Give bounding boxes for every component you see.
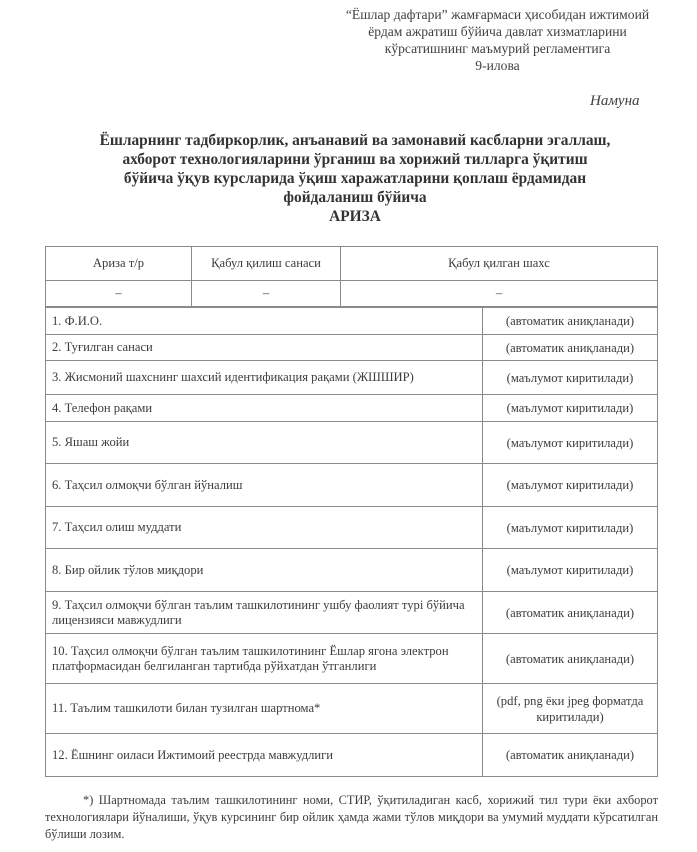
- header-received-by: Қабул қилган шахс: [341, 247, 658, 281]
- field-value[interactable]: (маълумот киритилади): [483, 507, 658, 549]
- table-row: 7. Таҳсил олиш муддати (маълумот киритил…: [46, 507, 658, 549]
- field-value[interactable]: (автоматик аниқланади): [483, 335, 658, 361]
- table-row: 6. Таҳсил олмоқчи бўлган йўналиш (маълум…: [46, 464, 658, 507]
- registration-value-row: – – –: [46, 281, 658, 307]
- field-label: 3. Жисмоний шахснинг шахсий идентификаци…: [46, 361, 483, 395]
- annex-number: 9-илова: [300, 57, 695, 74]
- value-received-by[interactable]: –: [341, 281, 658, 307]
- registration-table: Ариза т/р Қабул қилиш санаси Қабул қилга…: [45, 246, 658, 307]
- field-value[interactable]: (автоматик аниқланади): [483, 634, 658, 684]
- field-value[interactable]: (маълумот киритилади): [483, 549, 658, 592]
- table-row: 4. Телефон рақами (маълумот киритилади): [46, 395, 658, 422]
- field-value[interactable]: (маълумот киритилади): [483, 464, 658, 507]
- field-label: 11. Таълим ташкилоти билан тузилган шарт…: [46, 684, 483, 734]
- annex-line: кўрсатишнинг маъмурий регламентига: [300, 40, 695, 57]
- table-row: 9. Таҳсил олмоқчи бўлган таълим ташкилот…: [46, 592, 658, 634]
- field-value[interactable]: (автоматик аниқланади): [483, 592, 658, 634]
- title-line: Ёшларнинг тадбиркорлик, анъанавий ва зам…: [55, 131, 655, 150]
- field-label: 7. Таҳсил олиш муддати: [46, 507, 483, 549]
- field-label: 12. Ёшнинг оиласи Ижтимоий реестрда мавж…: [46, 734, 483, 777]
- table-row: 11. Таълим ташкилоти билан тузилган шарт…: [46, 684, 658, 734]
- table-row: 1. Ф.И.О. (автоматик аниқланади): [46, 308, 658, 335]
- table-row: 3. Жисмоний шахснинг шахсий идентификаци…: [46, 361, 658, 395]
- field-label: 10. Таҳсил олмоқчи бўлган таълим ташкило…: [46, 634, 483, 684]
- table-row: 2. Туғилган санаси (автоматик аниқланади…: [46, 335, 658, 361]
- field-value[interactable]: (маълумот киритилади): [483, 395, 658, 422]
- header-received-date: Қабул қилиш санаси: [192, 247, 341, 281]
- field-upload[interactable]: (pdf, png ёки jpeg форматда киритилади): [483, 684, 658, 734]
- document-title: Ёшларнинг тадбиркорлик, анъанавий ва зам…: [55, 131, 655, 226]
- field-label: 9. Таҳсил олмоқчи бўлган таълим ташкилот…: [46, 592, 483, 634]
- header-application-number: Ариза т/р: [46, 247, 192, 281]
- title-line: ахборот технологияларини ўрганиш ва хори…: [55, 150, 655, 169]
- table-row: 12. Ёшнинг оиласи Ижтимоий реестрда мавж…: [46, 734, 658, 777]
- value-application-number[interactable]: –: [46, 281, 192, 307]
- annex-line: “Ёшлар дафтари” жамғармаси ҳисобидан ижт…: [300, 6, 695, 23]
- value-received-date[interactable]: –: [192, 281, 341, 307]
- field-label: 1. Ф.И.О.: [46, 308, 483, 335]
- application-fields-table: 1. Ф.И.О. (автоматик аниқланади) 2. Туғи…: [45, 307, 658, 777]
- registration-header-row: Ариза т/р Қабул қилиш санаси Қабул қилга…: [46, 247, 658, 281]
- annex-reference: “Ёшлар дафтари” жамғармаси ҳисобидан ижт…: [300, 6, 695, 74]
- title-heading: АРИЗА: [55, 207, 655, 226]
- field-label: 8. Бир ойлик тўлов миқдори: [46, 549, 483, 592]
- field-label: 5. Яшаш жойи: [46, 422, 483, 464]
- title-line: фойдаланиш бўйича: [55, 188, 655, 207]
- field-label: 4. Телефон рақами: [46, 395, 483, 422]
- field-label: 6. Таҳсил олмоқчи бўлган йўналиш: [46, 464, 483, 507]
- table-row: 10. Таҳсил олмоқчи бўлган таълим ташкило…: [46, 634, 658, 684]
- field-label: 2. Туғилган санаси: [46, 335, 483, 361]
- table-row: 5. Яшаш жойи (маълумот киритилади): [46, 422, 658, 464]
- title-line: бўйича ўқув курсларида ўқиш харажатларин…: [55, 169, 655, 188]
- sample-label: Намуна: [590, 93, 640, 110]
- field-value[interactable]: (автоматик аниқланади): [483, 734, 658, 777]
- footnote: *) Шартномада таълим ташкилотининг номи,…: [45, 792, 658, 843]
- footnote-text: *) Шартномада таълим ташкилотининг номи,…: [45, 792, 658, 843]
- field-value[interactable]: (автоматик аниқланади): [483, 308, 658, 335]
- table-row: 8. Бир ойлик тўлов миқдори (маълумот кир…: [46, 549, 658, 592]
- field-value[interactable]: (маълумот киритилади): [483, 361, 658, 395]
- field-value[interactable]: (маълумот киритилади): [483, 422, 658, 464]
- annex-line: ёрдам ажратиш бўйича давлат хизматларини: [300, 23, 695, 40]
